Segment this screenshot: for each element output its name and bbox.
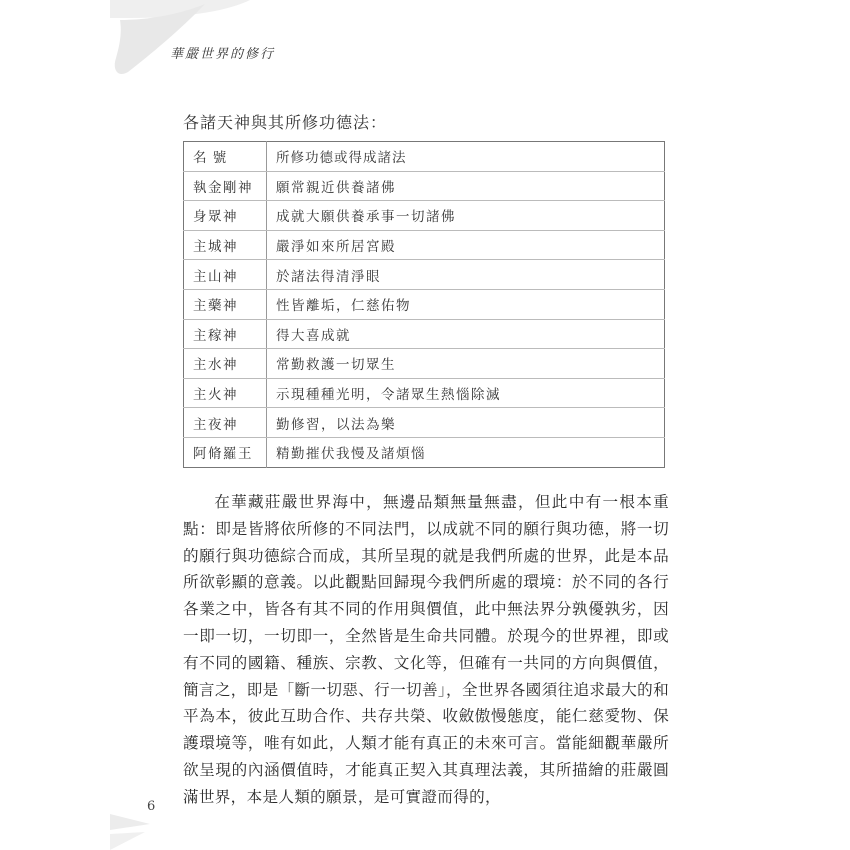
table-row: 主城神嚴淨如來所居宮殿 (184, 230, 665, 260)
table-row: 主水神常勤救護一切眾生 (184, 349, 665, 379)
table-header-row: 名 號 所修功德或得成諸法 (184, 142, 665, 172)
god-merit: 常勤救護一切眾生 (267, 349, 665, 379)
god-merit: 願常親近供養諸佛 (267, 171, 665, 201)
decorative-footer-ornament (110, 812, 180, 850)
body-text: 在華藏莊嚴世界海中，無邊品類無量無盡，但此中有一根本重點：即是皆將依所修的不同法… (183, 489, 669, 811)
god-merit: 精勤摧伏我慢及諸煩惱 (267, 437, 665, 467)
god-merit: 性皆離垢，仁慈佑物 (267, 289, 665, 319)
table-row: 主夜神勤修習，以法為樂 (184, 408, 665, 438)
god-name: 主稼神 (184, 319, 267, 349)
god-name: 主藥神 (184, 289, 267, 319)
god-name: 主山神 (184, 260, 267, 290)
gods-merit-table: 名 號 所修功德或得成諸法 執金剛神願常親近供養諸佛 身眾神成就大願供養承事一切… (183, 141, 665, 468)
god-name: 阿脩羅王 (184, 437, 267, 467)
god-name: 主城神 (184, 230, 267, 260)
god-merit: 得大喜成就 (267, 319, 665, 349)
table-row: 阿脩羅王精勤摧伏我慢及諸煩惱 (184, 437, 665, 467)
body-paragraph: 在華藏莊嚴世界海中，無邊品類無量無盡，但此中有一根本重點：即是皆將依所修的不同法… (183, 489, 669, 811)
table-row: 主稼神得大喜成就 (184, 319, 665, 349)
god-merit: 成就大願供養承事一切諸佛 (267, 201, 665, 231)
running-header-title: 華嚴世界的修行 (170, 43, 275, 62)
god-name: 主水神 (184, 349, 267, 379)
god-name: 執金剛神 (184, 171, 267, 201)
section-title: 各諸天神與其所修功德法： (183, 110, 387, 133)
table-row: 執金剛神願常親近供養諸佛 (184, 171, 665, 201)
column-header-merit: 所修功德或得成諸法 (267, 142, 665, 172)
table-row: 主藥神性皆離垢，仁慈佑物 (184, 289, 665, 319)
god-merit: 示現種種光明，令諸眾生熱惱除滅 (267, 378, 665, 408)
decorative-leaf-ornament (110, 0, 260, 80)
table-row: 主火神示現種種光明，令諸眾生熱惱除滅 (184, 378, 665, 408)
god-merit: 勤修習，以法為樂 (267, 408, 665, 438)
table-row: 身眾神成就大願供養承事一切諸佛 (184, 201, 665, 231)
god-merit: 嚴淨如來所居宮殿 (267, 230, 665, 260)
god-name: 主火神 (184, 378, 267, 408)
table-row: 主山神於諸法得清淨眼 (184, 260, 665, 290)
god-name: 主夜神 (184, 408, 267, 438)
god-name: 身眾神 (184, 201, 267, 231)
god-merit: 於諸法得清淨眼 (267, 260, 665, 290)
column-header-name: 名 號 (184, 142, 267, 172)
